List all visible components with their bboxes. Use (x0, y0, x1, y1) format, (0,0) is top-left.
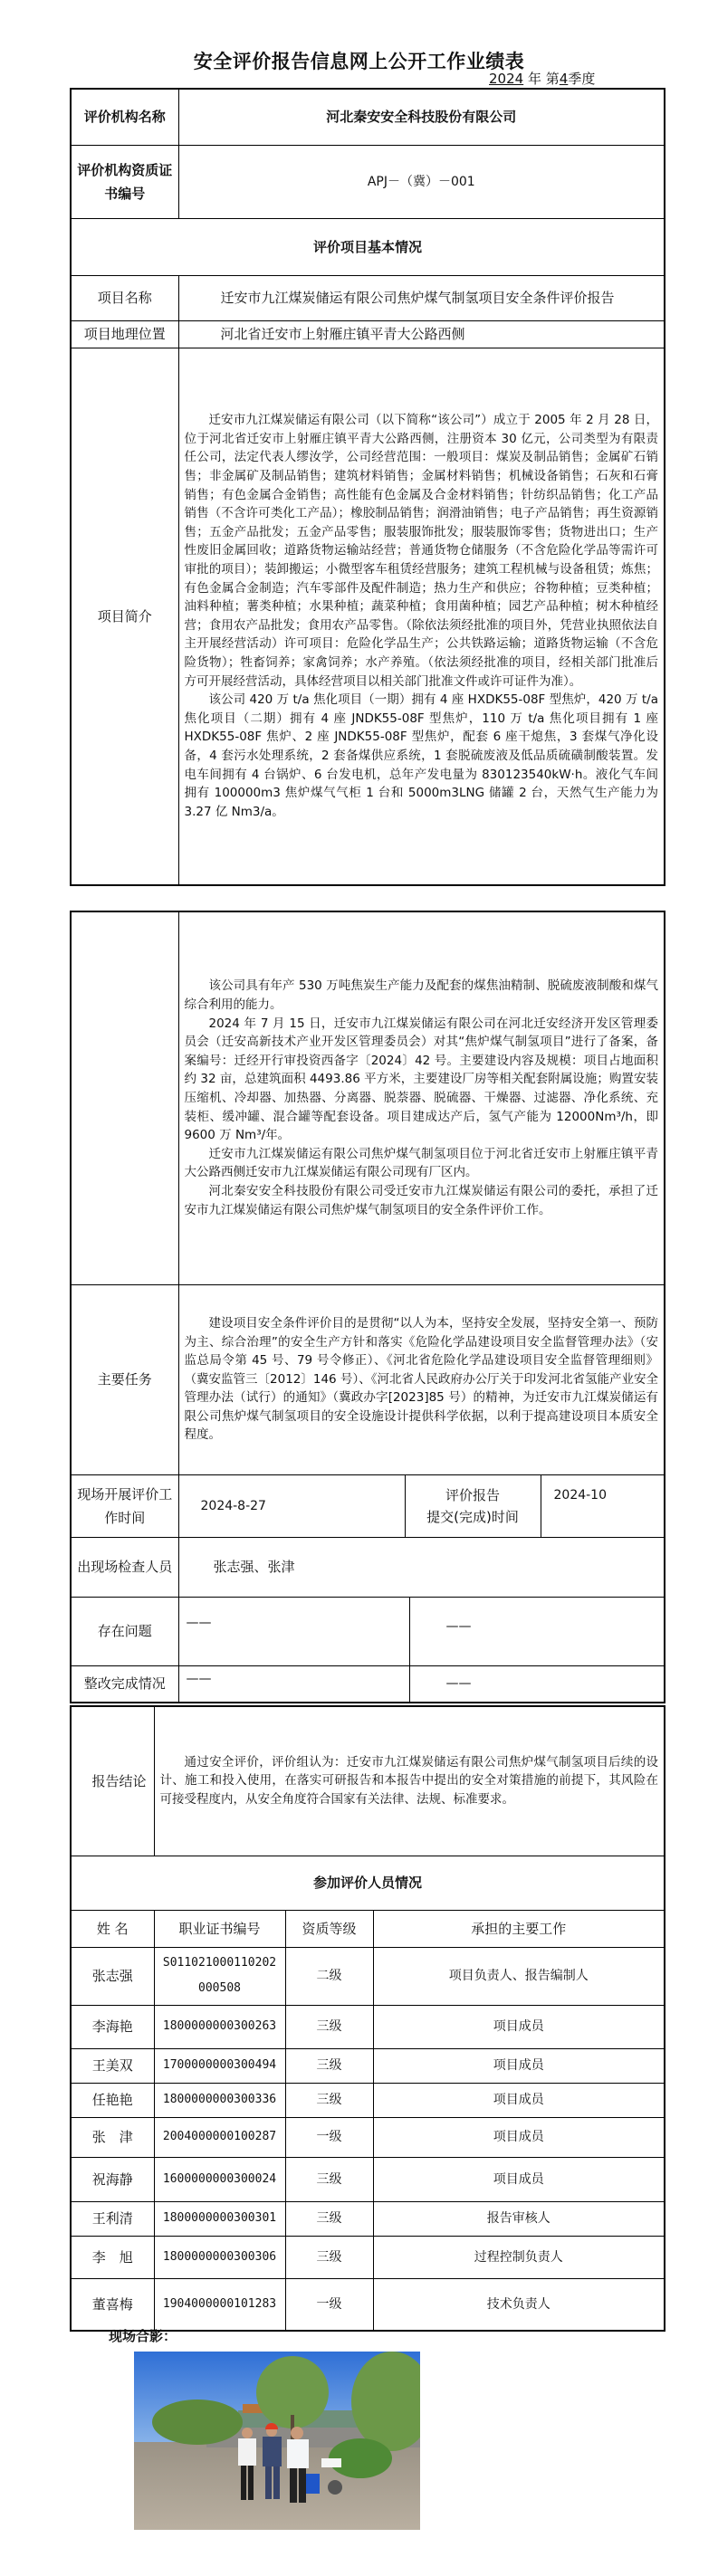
issues-right-value: —— (409, 1597, 665, 1665)
intro-paragraph: 河北秦安安全科技股份有限公司受迁安市九江煤炭储运有限公司的委托，承担了迁安市九江… (185, 1182, 659, 1219)
main-task-label: 主要任务 (71, 1284, 178, 1474)
person-role: 项目成员 (373, 2005, 665, 2048)
person-cert: 1800000000300306 (154, 2236, 285, 2278)
main-task-text: 建设项目安全条件评价目的是贯彻“以人为本，坚持安全发展，坚持安全第一、预防为主、… (178, 1284, 665, 1474)
section-title-personnel: 参加评价人员情况 (71, 1856, 665, 1910)
project-name-row: 项目名称 迁安市九江煤炭储运有限公司焦炉煤气制氢项目安全条件评价报告 (71, 275, 665, 320)
person-role: 技术负责人 (373, 2278, 665, 2331)
table-row: 李 旭 1800000000300306 三级 过程控制负责人 (71, 2236, 665, 2278)
project-location-value: 河北省迁安市上射雁庄镇平青大公路西侧 (178, 320, 665, 348)
conclusion-text: 通过安全评价，评价组认为：迁安市九江煤炭储运有限公司焦炉煤气制氢项目后续的设计、… (154, 1706, 665, 1856)
project-intro-text: 迁安市九江煤炭储运有限公司（以下简称“该公司”）成立于 2005 年 2 月 2… (178, 348, 665, 885)
inspectors-value: 张志强、张津 (178, 1537, 665, 1597)
time-row: 现场开展评价工作时间 2024-8-27 评价报告 提交(完成)时间 2024-… (71, 1474, 665, 1537)
submit-time-label-line2: 提交(完成)时间 (406, 1506, 541, 1528)
table-row: 李海艳 1800000000300263 三级 项目成员 (71, 2005, 665, 2048)
year-suffix: 年 (528, 71, 541, 87)
intro-paragraph: 迁安市九江煤炭储运有限公司（以下简称“该公司”）成立于 2005 年 2 月 2… (185, 411, 659, 691)
person-name: 李海艳 (71, 2005, 154, 2048)
person-level: 三级 (285, 2048, 373, 2083)
report-period: 2024 年 第4季度 (489, 69, 595, 88)
submit-time-label-line1: 评价报告 (406, 1484, 541, 1506)
person-cert-line1: S011021000110202 (155, 1951, 285, 1976)
conclusion-row: 报告结论 通过安全评价，评价组认为：迁安市九江煤炭储运有限公司焦炉煤气制氢项目后… (71, 1706, 665, 1856)
person-level: 三级 (285, 2201, 373, 2236)
personnel-header-row: 姓 名 职业证书编号 资质等级 承担的主要工作 (71, 1910, 665, 1947)
project-location-label: 项目地理位置 (71, 320, 178, 348)
inspectors-row: 出现场检查人员 张志强、张津 (71, 1537, 665, 1597)
rectify-label: 整改完成情况 (71, 1665, 178, 1703)
person-role: 项目负责人、报告编制人 (373, 1947, 665, 2005)
intro-paragraph: 2024 年 7 月 15 日，迁安市九江煤炭储运有限公司在河北迁安经济开发区管… (185, 1015, 659, 1145)
person-name: 张志强 (71, 1947, 154, 2005)
task-paragraph: 建设项目安全条件评价目的是贯彻“以人为本，坚持安全发展，坚持安全第一、预防为主、… (185, 1314, 659, 1445)
table-row: 张志强 S011021000110202 000508 二级 项目负责人、报告编… (71, 1947, 665, 2005)
onsite-time-label: 现场开展评价工作时间 (71, 1474, 178, 1537)
person-level: 二级 (285, 1947, 373, 2005)
person-cert: 1600000000300024 (154, 2157, 285, 2201)
person-name: 任艳艳 (71, 2083, 154, 2117)
basic-info-table-page2: 该公司具有年产 530 万吨焦炭生产能力及配套的煤焦油精制、脱硫废液制酸和煤气综… (70, 911, 665, 1703)
intro-paragraph: 该公司具有年产 530 万吨焦炭生产能力及配套的煤焦油精制、脱硫废液制酸和煤气综… (185, 977, 659, 1014)
project-intro-label: 项目简介 (71, 348, 178, 885)
person-level: 三级 (285, 2157, 373, 2201)
project-location-row: 项目地理位置 河北省迁安市上射雁庄镇平青大公路西侧 (71, 320, 665, 348)
person-role: 报告审核人 (373, 2201, 665, 2236)
rectify-right-value: —— (409, 1665, 665, 1703)
header-level: 资质等级 (285, 1910, 373, 1947)
person-role: 项目成员 (373, 2117, 665, 2157)
person-level: 一级 (285, 2117, 373, 2157)
section-project-info: 评价项目基本情况 (71, 218, 665, 275)
org-name-label: 评价机构名称 (71, 89, 178, 145)
org-name-row: 评价机构名称 河北秦安安全科技股份有限公司 (71, 89, 665, 145)
person-name: 董喜梅 (71, 2278, 154, 2331)
project-intro-text-continued: 该公司具有年产 530 万吨焦炭生产能力及配套的煤焦油精制、脱硫废液制酸和煤气综… (178, 911, 665, 1284)
project-name-value: 迁安市九江煤炭储运有限公司焦炉煤气制氢项目安全条件评价报告 (178, 275, 665, 320)
conclusion-personnel-table: 报告结论 通过安全评价，评价组认为：迁安市九江煤炭储运有限公司焦炉煤气制氢项目后… (70, 1705, 665, 2332)
submit-time-value: 2024-10 (541, 1474, 665, 1537)
photo-image (134, 2352, 420, 2530)
issues-label: 存在问题 (71, 1597, 178, 1665)
header-cert: 职业证书编号 (154, 1910, 285, 1947)
person-role: 过程控制负责人 (373, 2236, 665, 2278)
submit-time-label: 评价报告 提交(完成)时间 (405, 1474, 541, 1537)
section-title-project: 评价项目基本情况 (71, 218, 665, 275)
table-row: 祝海静 1600000000300024 三级 项目成员 (71, 2157, 665, 2201)
person-level: 三级 (285, 2083, 373, 2117)
table-row: 张 津 2004000000100287 一级 项目成员 (71, 2117, 665, 2157)
section-personnel: 参加评价人员情况 (71, 1856, 665, 1910)
onsite-time-value: 2024-8-27 (178, 1474, 405, 1537)
intro-paragraph: 该公司 420 万 t/a 焦化项目（一期）拥有 4 座 HXDK55-08F … (185, 691, 659, 821)
table-row: 王利清 1800000000300301 三级 报告审核人 (71, 2201, 665, 2236)
person-cert-line2: 000508 (155, 1976, 285, 2001)
person-level: 三级 (285, 2236, 373, 2278)
rectify-row: 整改完成情况 —— —— (71, 1665, 665, 1703)
table-row: 任艳艳 1800000000300336 三级 项目成员 (71, 2083, 665, 2117)
table-row: 王美双 1700000000300494 三级 项目成员 (71, 2048, 665, 2083)
person-name: 张 津 (71, 2117, 154, 2157)
quarter-suffix: 季度 (568, 71, 595, 87)
project-intro-continued-row: 该公司具有年产 530 万吨焦炭生产能力及配套的煤焦油精制、脱硫废液制酸和煤气综… (71, 911, 665, 1284)
person-name: 李 旭 (71, 2236, 154, 2278)
table-row: 董喜梅 1904000000101283 一级 技术负责人 (71, 2278, 665, 2331)
org-cert-label: 评价机构资质证书编号 (71, 145, 178, 218)
photo-caption: 现场合影： (109, 2326, 177, 2345)
site-group-photo (134, 2352, 420, 2530)
person-name: 祝海静 (71, 2157, 154, 2201)
rectify-left-value: —— (178, 1665, 409, 1703)
intro-paragraph: 迁安市九江煤炭储运有限公司焦炉煤气制氢项目位于河北省迁安市上射雁庄镇平青大公路西… (185, 1145, 659, 1182)
person-level: 三级 (285, 2005, 373, 2048)
project-intro-row: 项目简介 迁安市九江煤炭储运有限公司（以下简称“该公司”）成立于 2005 年 … (71, 348, 665, 885)
intro-label-empty (71, 911, 178, 1284)
person-cert: 1800000000300301 (154, 2201, 285, 2236)
person-role: 项目成员 (373, 2083, 665, 2117)
project-name-label: 项目名称 (71, 275, 178, 320)
page-title: 安全评价报告信息网上公开工作业绩表 (0, 47, 718, 74)
person-cert: 1904000000101283 (154, 2278, 285, 2331)
person-role: 项目成员 (373, 2048, 665, 2083)
quarter-value: 4 (560, 71, 569, 87)
main-task-row: 主要任务 建设项目安全条件评价目的是贯彻“以人为本，坚持安全发展，坚持安全第一、… (71, 1284, 665, 1474)
conclusion-label: 报告结论 (71, 1706, 154, 1856)
issues-left-value: —— (178, 1597, 409, 1665)
quarter-prefix: 第 (546, 71, 560, 87)
org-cert-row: 评价机构资质证书编号 APJ－（冀）－001 (71, 145, 665, 218)
person-name: 王利清 (71, 2201, 154, 2236)
person-cert: 1800000000300263 (154, 2005, 285, 2048)
org-cert-value: APJ－（冀）－001 (178, 145, 665, 218)
inspectors-label: 出现场检查人员 (71, 1537, 178, 1597)
person-cert: 1800000000300336 (154, 2083, 285, 2117)
conclusion-paragraph: 通过安全评价，评价组认为：迁安市九江煤炭储运有限公司焦炉煤气制氢项目后续的设计、… (160, 1753, 659, 1809)
org-name-value: 河北秦安安全科技股份有限公司 (178, 89, 665, 145)
header-name: 姓 名 (71, 1910, 154, 1947)
basic-info-table-page1: 评价机构名称 河北秦安安全科技股份有限公司 评价机构资质证书编号 APJ－（冀）… (70, 88, 665, 886)
person-name: 王美双 (71, 2048, 154, 2083)
person-cert: 1700000000300494 (154, 2048, 285, 2083)
year-value: 2024 (489, 71, 523, 87)
person-role: 项目成员 (373, 2157, 665, 2201)
person-level: 一级 (285, 2278, 373, 2331)
person-cert: S011021000110202 000508 (154, 1947, 285, 2005)
issues-row: 存在问题 —— —— (71, 1597, 665, 1665)
person-cert: 2004000000100287 (154, 2117, 285, 2157)
header-role: 承担的主要工作 (373, 1910, 665, 1947)
